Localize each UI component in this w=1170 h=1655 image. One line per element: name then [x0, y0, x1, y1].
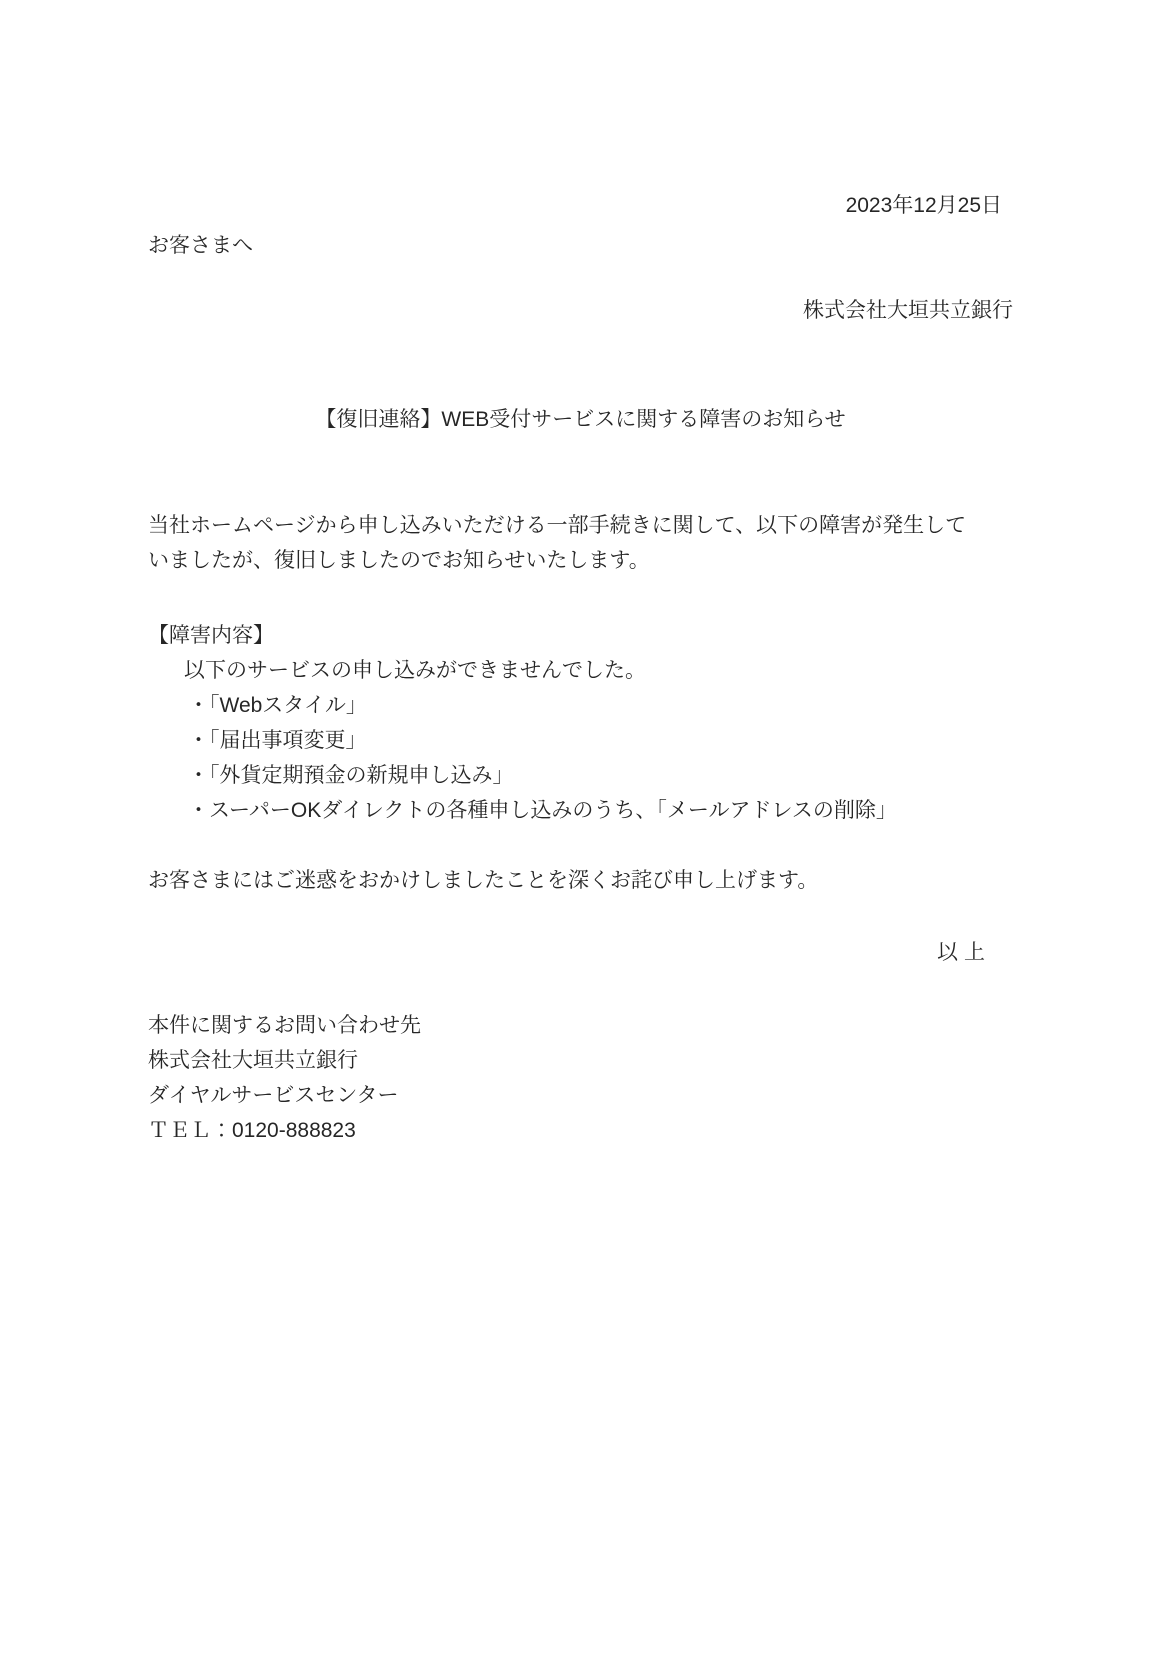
- contact-tel: ＴＥＬ：0120-888823: [148, 1113, 1013, 1148]
- incident-item: ・スーパーOKダイレクトの各種申し込みのうち、「メールアドレスの削除」: [148, 793, 1013, 828]
- document-date: 2023年12月25日: [148, 188, 1013, 223]
- intro-line-2: いましたが、復旧しましたのでお知らせいたします。: [148, 543, 1013, 578]
- document-page: 2023年12月25日 お客さまへ 株式会社大垣共立銀行 【復旧連絡】WEB受付…: [0, 0, 1170, 1655]
- incident-section: 【障害内容】 以下のサービスの申し込みができませんでした。 ・「Webスタイル」…: [148, 618, 1013, 828]
- incident-lead: 以下のサービスの申し込みができませんでした。: [148, 653, 1013, 688]
- incident-item: ・「外貨定期預金の新規申し込み」: [148, 758, 1013, 793]
- contact-heading: 本件に関するお問い合わせ先: [148, 1008, 1013, 1043]
- incident-item: ・「Webスタイル」: [148, 688, 1013, 723]
- incident-heading: 【障害内容】: [148, 618, 1013, 653]
- closing-line: 以 上: [148, 935, 1013, 970]
- contact-center: ダイヤルサービスセンター: [148, 1078, 1013, 1113]
- contact-company: 株式会社大垣共立銀行: [148, 1043, 1013, 1078]
- sender-line: 株式会社大垣共立銀行: [148, 293, 1013, 328]
- contact-block: 本件に関するお問い合わせ先 株式会社大垣共立銀行 ダイヤルサービスセンター ＴＥ…: [148, 1008, 1013, 1148]
- apology-line: お客さまにはご迷惑をおかけしましたことを深くお詫び申し上げます。: [148, 863, 1013, 898]
- incident-item: ・「届出事項変更」: [148, 723, 1013, 758]
- intro-paragraph: 当社ホームページから申し込みいただける一部手続きに関して、以下の障害が発生して …: [148, 508, 1013, 578]
- document-title: 【復旧連絡】WEB受付サービスに関する障害のお知らせ: [148, 402, 1013, 437]
- intro-line-1: 当社ホームページから申し込みいただける一部手続きに関して、以下の障害が発生して: [148, 508, 1013, 543]
- recipient-line: お客さまへ: [148, 228, 1013, 263]
